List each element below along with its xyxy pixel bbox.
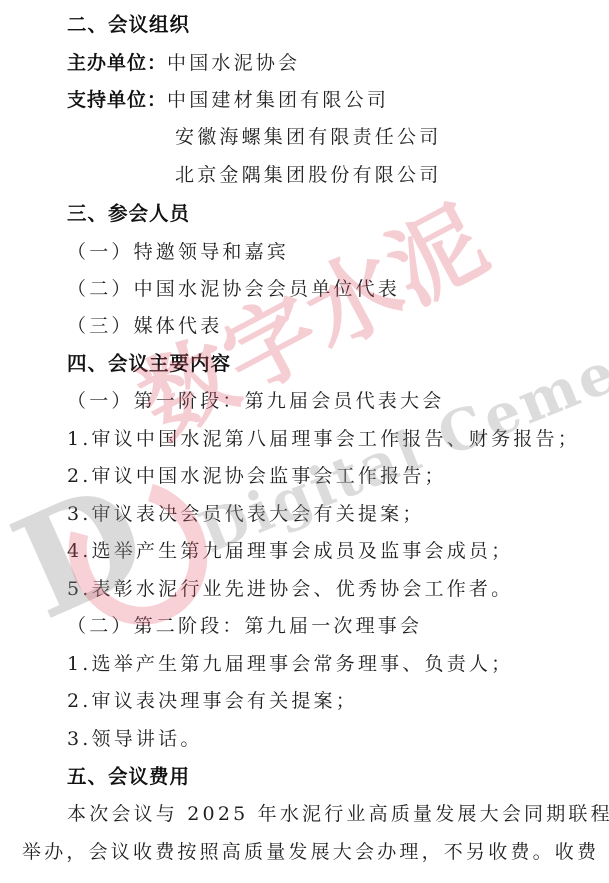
- stage-2-item-1: 1.选举产生第九届理事会常务理事、负责人；: [67, 652, 513, 676]
- stage-1-item-3: 3.审议表决会员代表大会有关提案；: [67, 502, 425, 526]
- supporter-3: 北京金隅集团股份有限公司: [175, 163, 441, 187]
- stage-1-item-2: 2.审议中国水泥协会监事会工作报告；: [67, 464, 447, 488]
- host-value: 中国水泥协会: [167, 52, 300, 74]
- document-page: 二、会议组织 主办单位：中国水泥协会 支持单位：中国建材集团有限公司 安徽海螺集…: [0, 0, 609, 883]
- stage-2-title: （二）第二阶段：第九届一次理事会: [67, 614, 422, 638]
- stage-2-item-3: 3.领导讲话。: [67, 727, 203, 751]
- attendee-item-1: （一）特邀领导和嘉宾: [67, 240, 289, 264]
- stage-2-item-2: 2.审议表决理事会有关提案；: [67, 689, 358, 713]
- fee-paragraph-line-2: 举办，会议收费按照高质量发展大会办理，不另收费。收费: [22, 840, 599, 864]
- supporter-1: 中国建材集团有限公司: [167, 89, 389, 111]
- stage-1-title: （一）第一阶段：第九届会员代表大会: [67, 389, 444, 413]
- host-row: 主办单位：中国水泥协会: [67, 51, 300, 75]
- section-3-heading: 三、参会人员: [67, 202, 190, 226]
- section-4-heading: 四、会议主要内容: [67, 352, 231, 376]
- stage-1-item-1: 1.审议中国水泥第八届理事会工作报告、财务报告；: [67, 427, 580, 451]
- attendee-item-2: （二）中国水泥协会会员单位代表: [67, 277, 400, 301]
- support-label: 支持单位：: [67, 89, 167, 111]
- attendee-item-3: （三）媒体代表: [67, 314, 222, 338]
- section-2-heading: 二、会议组织: [67, 13, 190, 37]
- stage-1-item-5: 5.表彰水泥行业先进协会、优秀协会工作者。: [67, 577, 513, 601]
- support-row: 支持单位：中国建材集团有限公司: [67, 88, 389, 112]
- stage-1-item-4: 4.选举产生第九届理事会成员及监事会成员；: [67, 539, 513, 563]
- fee-paragraph-line-1: 本次会议与 2025 年水泥行业高质量发展大会同期联程: [67, 802, 609, 826]
- supporter-2: 安徽海螺集团有限责任公司: [175, 125, 441, 149]
- host-label: 主办单位：: [67, 52, 167, 74]
- section-5-heading: 五、会议费用: [67, 765, 190, 789]
